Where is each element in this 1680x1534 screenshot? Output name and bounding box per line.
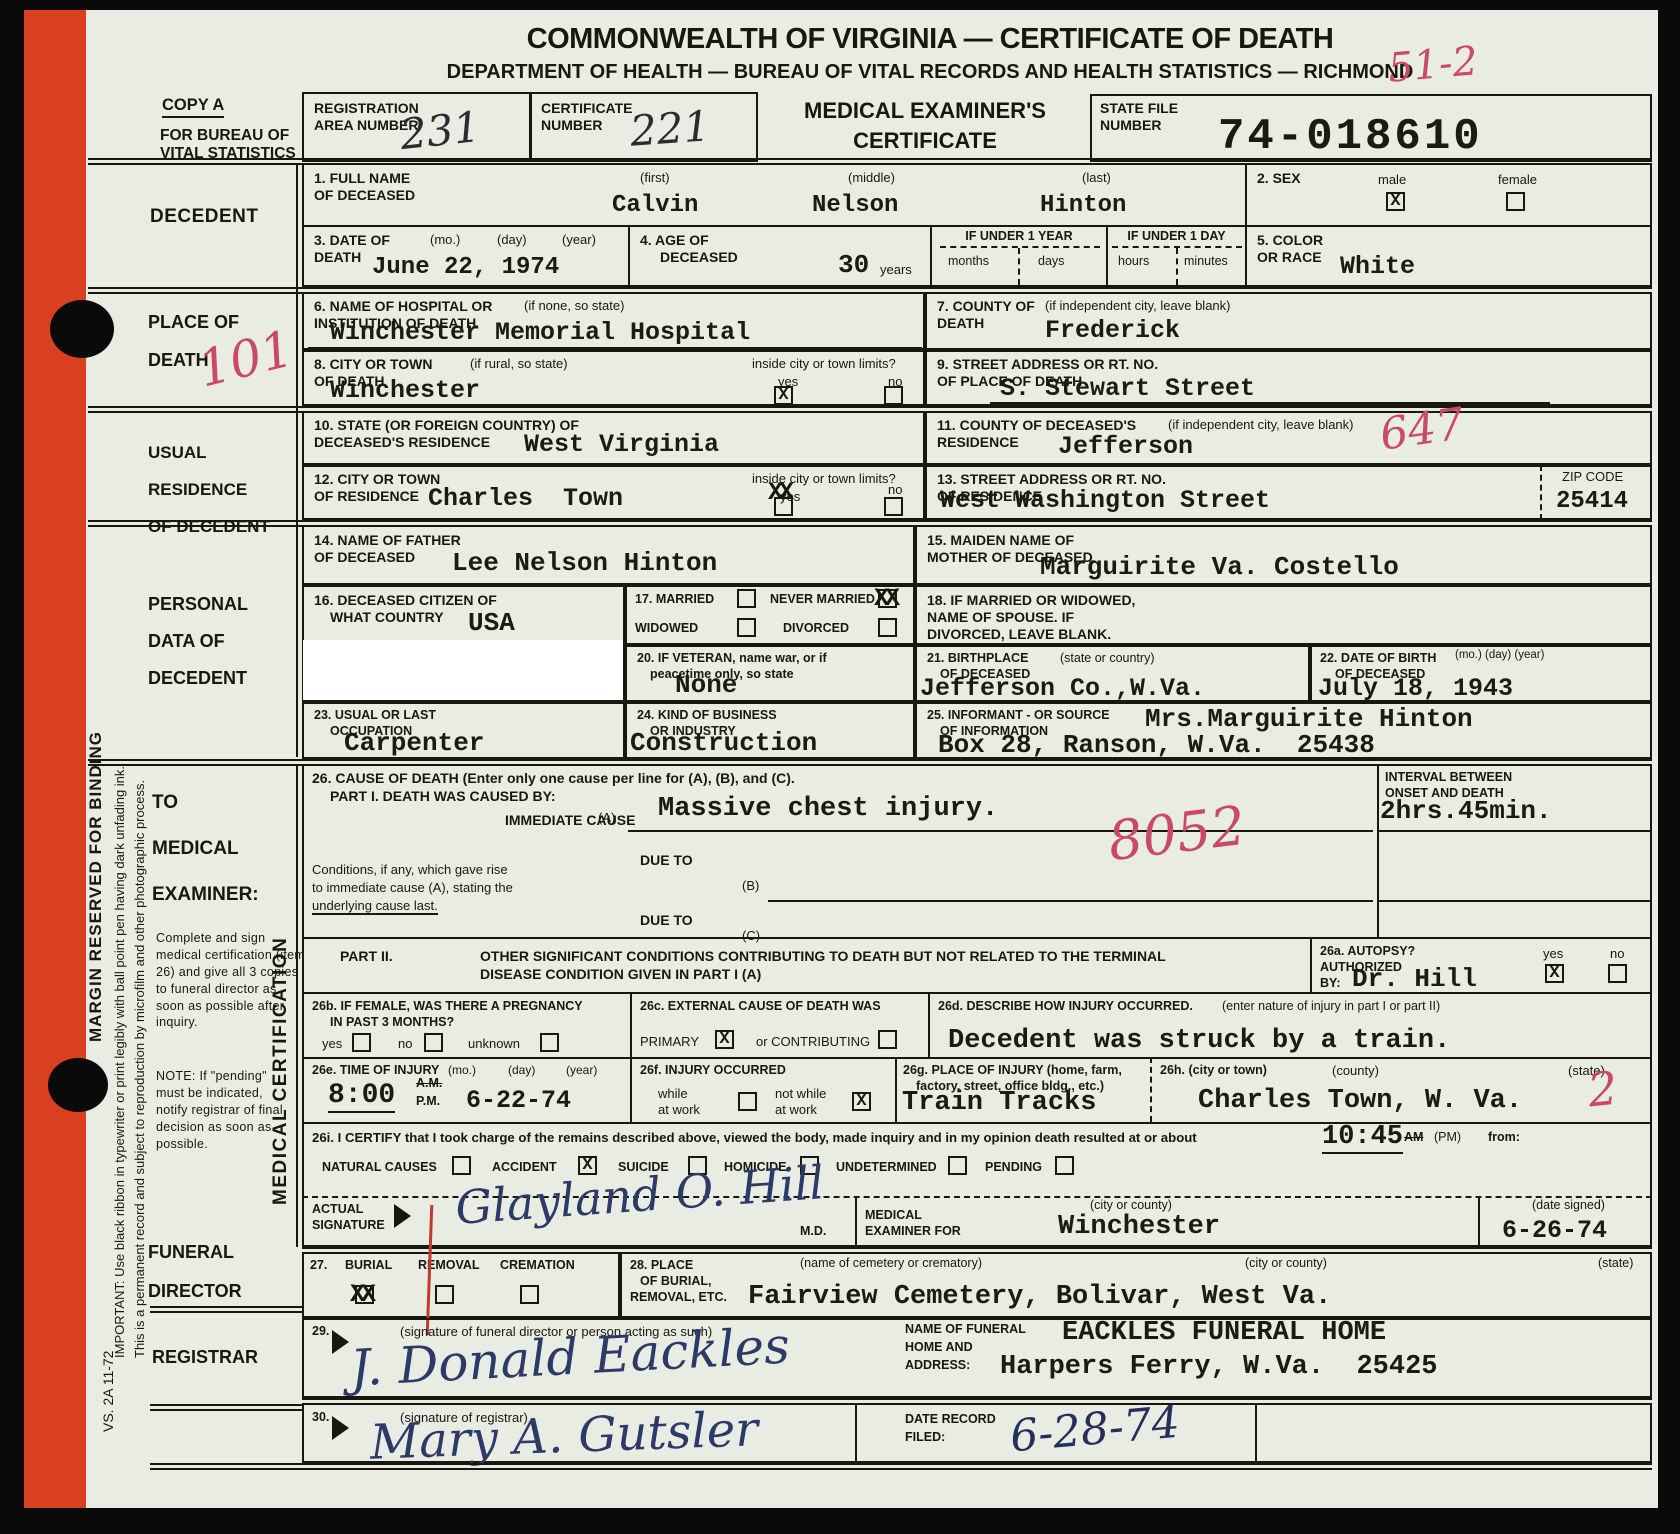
field-28-label-2: OF BURIAL,	[640, 1274, 712, 1289]
section-to-me-1: TO	[152, 792, 178, 815]
checkbox-residence-limits-no[interactable]	[884, 497, 903, 516]
while-caption-2: at work	[658, 1102, 700, 1117]
certify-am-struck: AM	[1404, 1130, 1423, 1145]
field-18-label-1: 18. IF MARRIED OR WIDOWED,	[927, 592, 1135, 609]
checkbox-natural-causes[interactable]	[452, 1156, 471, 1175]
field-15-label-1: 15. MAIDEN NAME OF	[927, 532, 1074, 549]
value-hospital: Winchester Memorial Hospital	[330, 318, 750, 347]
autopsy-no-caption: no	[1610, 946, 1624, 961]
street-underline	[990, 402, 1550, 404]
checkbox-city-limits-yes-mark: X	[778, 386, 788, 405]
state-file-label-2: NUMBER	[1100, 117, 1161, 134]
value-interval: 2hrs.45min.	[1380, 796, 1552, 826]
field-7-caption: (if independent city, leave blank)	[1045, 298, 1230, 313]
value-residence-county: Jefferson	[1058, 432, 1193, 461]
field-2-label: 2. SEX	[1257, 170, 1301, 187]
field-26-label-2: PART I. DEATH WAS CAUSED BY:	[330, 788, 556, 805]
margin-important-note-1: IMPORTANT: Use black ribbon in typewrite…	[112, 766, 127, 1358]
section-residence-2: RESIDENCE	[148, 480, 247, 500]
value-informant-address: Box 28, Ranson, W.Va. 25438	[938, 730, 1375, 760]
value-first-name: Calvin	[612, 192, 698, 219]
part2-label-2: OTHER SIGNIFICANT CONDITIONS CONTRIBUTIN…	[480, 948, 1166, 965]
field-5-label-2: OR RACE	[1257, 249, 1322, 266]
part2-divider	[302, 937, 1652, 939]
checkbox-primary[interactable]: X	[715, 1030, 734, 1049]
caption-male: male	[1378, 172, 1406, 187]
field-2-sex-box	[1245, 163, 1652, 227]
value-place-of-burial: Fairview Cemetery, Bolivar, West Va.	[748, 1282, 1331, 1312]
field-8-caption: (if rural, so state)	[470, 356, 568, 371]
section-residence-1: USUAL	[148, 443, 207, 463]
checkbox-cremation[interactable]	[520, 1285, 539, 1304]
value-time-of-death: 10:45	[1322, 1122, 1403, 1154]
me-for-city-caption: (city or county)	[1090, 1198, 1172, 1212]
red-binding-stripe	[24, 10, 86, 1508]
section-medical-certification: MEDICAL CERTIFICATION	[270, 937, 292, 1205]
divider-30-date	[855, 1403, 857, 1463]
value-father-name: Lee Nelson Hinton	[452, 548, 717, 578]
checkbox-widowed[interactable]	[737, 618, 756, 637]
state-file-value: 74-018610	[1218, 112, 1483, 162]
me-certificate-label-1: MEDICAL EXAMINER'S	[760, 98, 1090, 124]
date-record-label-2: FILED:	[905, 1430, 945, 1445]
burial-mark: XX	[350, 1280, 372, 1309]
pending-label: PENDING	[985, 1160, 1042, 1175]
checkbox-pregnancy-no[interactable]	[424, 1033, 443, 1052]
checkbox-sex-male[interactable]: X	[1386, 192, 1405, 211]
field-26-label-1: 26. CAUSE OF DEATH (Enter only one cause…	[312, 770, 795, 787]
row-26e-divider	[302, 1057, 1652, 1059]
form-left-double-rule-lower	[296, 764, 298, 1247]
actual-signature-label-2: SIGNATURE	[312, 1218, 385, 1233]
zip-divider	[1540, 465, 1542, 520]
row-26i-divider	[302, 1122, 1652, 1124]
checkbox-while-at-work[interactable]	[738, 1092, 757, 1111]
undetermined-label: UNDETERMINED	[836, 1160, 937, 1175]
field-6-caption: (if none, so state)	[524, 298, 624, 313]
field-1-label-2: OF DECEASED	[314, 187, 415, 204]
value-injury-city: Charles Town, W. Va.	[1198, 1086, 1522, 1116]
under-1-day-header: IF UNDER 1 DAY	[1108, 229, 1245, 244]
field-1-label-1: 1. FULL NAME	[314, 170, 410, 187]
divider-26f-26g	[895, 1057, 897, 1122]
section-funeral-2: DIRECTOR	[148, 1281, 242, 1303]
conditions-note-1: Conditions, if any, which gave rise	[312, 862, 508, 877]
actual-signature-label-1: ACTUAL	[312, 1202, 363, 1217]
field-14-label-1: 14. NAME OF FATHER	[314, 532, 461, 549]
interval-line-1	[1377, 830, 1652, 832]
value-middle-name: Nelson	[812, 192, 898, 219]
checkbox-contributing[interactable]	[878, 1030, 897, 1049]
checkbox-not-while-mark: X	[856, 1092, 866, 1111]
section-to-me-2: MEDICAL	[152, 838, 239, 861]
certify-pm-caption: (PM)	[1434, 1130, 1461, 1144]
field-26d-label: 26d. DESCRIBE HOW INJURY OCCURRED.	[938, 999, 1193, 1014]
field-21-label-1: 21. BIRTHPLACE	[927, 651, 1028, 666]
field-24-label-1: 24. KIND OF BUSINESS	[637, 708, 777, 723]
value-citizen: USA	[468, 608, 515, 638]
bureau-label-1: FOR BUREAU OF	[160, 127, 289, 146]
caption-26e-mo: (mo.)	[448, 1063, 476, 1077]
value-funeral-home-address: Harpers Ferry, W.Va. 25425	[1000, 1352, 1437, 1382]
certificate-subtitle: DEPARTMENT OF HEALTH — BUREAU OF VITAL R…	[360, 60, 1500, 84]
field-25-label-1: 25. INFORMANT - OR SOURCE	[927, 708, 1110, 723]
checkbox-not-while-at-work[interactable]: X	[852, 1092, 871, 1111]
interval-label-1: INTERVAL BETWEEN	[1385, 770, 1512, 785]
value-zip: 25414	[1556, 488, 1628, 515]
value-business: Construction	[630, 728, 817, 758]
field-28-label-3: REMOVAL, ETC.	[630, 1290, 727, 1305]
field-28-label-1: 28. PLACE	[630, 1258, 693, 1273]
am-struck-label: A.M.	[416, 1076, 442, 1091]
caption-mo: (mo.)	[430, 232, 460, 247]
checkbox-autopsy-yes-mark: X	[1549, 964, 1559, 983]
funeral-director-arrow-icon	[332, 1330, 349, 1354]
field-26h-label: 26h. (city or town)	[1160, 1063, 1267, 1078]
part2-label-3: DISEASE CONDITION GIVEN IN PART I (A)	[480, 966, 761, 983]
pregnancy-unknown-caption: unknown	[468, 1036, 520, 1051]
not-while-caption-1: not while	[775, 1086, 826, 1101]
cause-b-line	[768, 900, 1373, 902]
field-4-label-2: DECEASED	[660, 249, 738, 266]
value-how-injury-occurred: Decedent was struck by a train.	[948, 1026, 1450, 1056]
field-18-label-2: NAME OF SPOUSE. IF	[927, 609, 1074, 626]
value-funeral-home: EACKLES FUNERAL HOME	[1062, 1318, 1386, 1348]
hole-punch-top	[50, 300, 114, 358]
registration-value: 231	[398, 102, 483, 159]
caption-years: years	[880, 262, 912, 277]
value-date-of-birth: July 18, 1943	[1318, 674, 1513, 703]
section-personal-2: DATA OF	[148, 631, 225, 653]
checkbox-autopsy-no[interactable]	[1608, 964, 1627, 983]
date-record-label-1: DATE RECORD	[905, 1412, 996, 1427]
row-26b-divider	[302, 992, 1652, 994]
state-file-label-1: STATE FILE	[1100, 100, 1178, 117]
margin-binding-label: MARGIN RESERVED FOR BINDING	[86, 731, 106, 1042]
due-to-label-1: DUE TO	[640, 852, 693, 869]
value-veteran: None	[675, 670, 737, 700]
section-to-me-3: EXAMINER:	[152, 884, 259, 907]
field-3-label-2: DEATH	[314, 249, 361, 266]
immediate-cause-label: IMMEDIATE CAUSE	[505, 812, 635, 829]
hole-punch-bottom	[48, 1058, 108, 1112]
interval-line-2	[1377, 900, 1652, 902]
field-7-label-1: 7. COUNTY OF	[937, 298, 1035, 315]
never-married-mark: XX	[874, 584, 896, 613]
margin-important-note-2: This is a permanent record and subject t…	[132, 780, 147, 1358]
registrar-arrow-icon	[332, 1416, 349, 1440]
caption-year: (year)	[562, 232, 596, 247]
checkbox-residence-limits-yes[interactable]	[774, 497, 793, 516]
field-10-label-2: DECEASED'S RESIDENCE	[314, 434, 490, 451]
redaction-box	[303, 640, 623, 700]
field-26g-label-1: 26g. PLACE OF INJURY (home, farm,	[903, 1063, 1122, 1078]
field-22-label-1: 22. DATE OF BIRTH	[1320, 651, 1436, 666]
caption-months: months	[948, 254, 989, 268]
interval-column-divider	[1377, 764, 1379, 937]
field-12-label-1: 12. CITY OR TOWN	[314, 471, 440, 488]
handwritten-code: 51-2	[1386, 38, 1480, 92]
me-certificate-label-2: CERTIFICATE	[760, 128, 1090, 154]
burial-label: BURIAL	[345, 1258, 392, 1273]
value-immediate-cause: Massive chest injury.	[658, 794, 998, 824]
divider-26g-26h	[1150, 1057, 1152, 1122]
form-left-double-rule-upper	[296, 165, 298, 757]
checkbox-divorced[interactable]	[878, 618, 897, 637]
pregnancy-no-caption: no	[398, 1036, 412, 1051]
rule-bottom	[150, 1463, 1652, 1470]
copy-a-label: COPY A	[162, 96, 224, 118]
value-color-race: White	[1340, 252, 1415, 281]
section-funeral-1: FUNERAL	[148, 1242, 234, 1264]
section-place-of-death-1: PLACE OF	[148, 312, 239, 334]
under-1-day-divider	[1176, 248, 1178, 285]
caption-26e-year: (year)	[566, 1063, 597, 1077]
caption-minutes: minutes	[1184, 254, 1228, 268]
checkbox-city-limits-yes[interactable]: X	[774, 386, 793, 405]
field-21-caption: (state or country)	[1060, 651, 1154, 665]
field-16-label-1: 16. DECEASED CITIZEN OF	[314, 592, 497, 609]
field-8-limits-caption: inside city or town limits?	[752, 356, 896, 371]
value-time-of-injury: 8:00	[328, 1080, 395, 1113]
value-date-signed: 6-26-74	[1502, 1216, 1607, 1245]
value-me-for-city: Winchester	[1058, 1212, 1220, 1242]
contributing-caption: or CONTRIBUTING	[756, 1034, 870, 1049]
while-caption-1: while	[658, 1086, 688, 1101]
value-date-of-death: June 22, 1974	[372, 254, 559, 281]
value-residence-street: West Washington Street	[940, 486, 1270, 515]
checkbox-sex-male-mark: X	[1390, 192, 1400, 211]
field-26a-label-3: BY:	[1320, 976, 1341, 991]
pregnancy-yes-caption: yes	[322, 1036, 342, 1051]
me-for-label-2: EXAMINER FOR	[865, 1224, 961, 1239]
field-4-label-1: 4. AGE OF	[640, 232, 709, 249]
not-while-caption-2: at work	[775, 1102, 817, 1117]
under-1-year-header: IF UNDER 1 YEAR	[932, 229, 1106, 244]
field-29-number: 29.	[312, 1324, 329, 1339]
field-26b-label-1: 26b. IF FEMALE, WAS THERE A PREGNANCY	[312, 999, 583, 1014]
field-12-label-2: OF RESIDENCE	[314, 488, 419, 505]
caption-hours: hours	[1118, 254, 1149, 268]
checkbox-married[interactable]	[737, 589, 756, 608]
certificate-label-1: CERTIFICATE	[541, 100, 633, 117]
checkbox-pregnancy-unknown[interactable]	[540, 1033, 559, 1052]
field-22-caption: (mo.) (day) (year)	[1455, 649, 1544, 661]
field-12-no-caption: no	[888, 482, 902, 497]
value-occupation: Carpenter	[344, 728, 484, 758]
field-7-label-2: DEATH	[937, 315, 984, 332]
certificate-title: COMMONWEALTH OF VIRGINIA — CERTIFICATE O…	[360, 22, 1500, 57]
field-20-label-1: 20. IF VETERAN, name war, or if	[637, 651, 827, 666]
funeral-home-label-2: HOME AND	[905, 1340, 973, 1355]
field-26a-label-1: 26a. AUTOPSY?	[1320, 944, 1415, 959]
bureau-label-2: VITAL STATISTICS	[160, 145, 296, 164]
under-1-year-divider	[1018, 248, 1020, 285]
value-street-of-death: S. Stewart Street	[1000, 374, 1255, 403]
due-to-label-2: DUE TO	[640, 912, 693, 929]
caption-female: female	[1498, 172, 1537, 187]
checkbox-autopsy-yes[interactable]: X	[1545, 964, 1564, 983]
autopsy-yes-caption: yes	[1543, 946, 1563, 961]
divider-me-date	[1478, 1196, 1480, 1247]
field-26d-caption: (enter nature of injury in part I or par…	[1222, 999, 1440, 1013]
value-birthplace: Jefferson Co.,W.Va.	[920, 674, 1205, 703]
divider-26c-26d	[928, 992, 930, 1057]
section-decedent: DECEDENT	[150, 206, 259, 229]
field-26f-label: 26f. INJURY OCCURRED	[640, 1063, 786, 1078]
value-date-of-injury: 6-22-74	[466, 1086, 571, 1115]
autopsy-divider	[1310, 937, 1312, 992]
checkbox-undetermined[interactable]	[948, 1156, 967, 1175]
field-14-label-2: OF DECEASED	[314, 549, 415, 566]
field-11-label-2: RESIDENCE	[937, 434, 1019, 451]
divider-30-right	[1255, 1403, 1257, 1463]
field-9-label-1: 9. STREET ADDRESS OR RT. NO.	[937, 356, 1158, 373]
cremation-label: CREMATION	[500, 1258, 575, 1273]
checkbox-city-limits-no[interactable]	[884, 386, 903, 405]
md-label: M.D.	[800, 1224, 826, 1239]
cemetery-caption: (name of cemetery or crematory)	[800, 1256, 982, 1270]
certify-from-label: from:	[1488, 1130, 1520, 1145]
section-registrar: REGISTRAR	[152, 1347, 258, 1369]
signature-arrow-icon	[394, 1204, 411, 1228]
field-11-caption: (if independent city, leave blank)	[1168, 417, 1353, 432]
value-county-of-death: Frederick	[1045, 316, 1180, 345]
field-16-label-2: WHAT COUNTRY	[330, 609, 444, 626]
caption-b: (B)	[742, 878, 759, 893]
cause-a-line	[628, 830, 1373, 832]
divider-26b-26c	[630, 992, 632, 1057]
funeral-home-label-3: ADDRESS:	[905, 1358, 970, 1373]
rule-funeral-left	[150, 1306, 302, 1313]
value-city-of-death: Winchester	[330, 376, 480, 405]
field-17-married-label: 17. MARRIED	[635, 592, 714, 607]
caption-26e-day: (day)	[508, 1063, 535, 1077]
value-residence-state: West Virginia	[524, 430, 719, 459]
accident-label: ACCIDENT	[492, 1160, 557, 1175]
field-23-label-1: 23. USUAL OR LAST	[314, 708, 436, 723]
caption-last: (last)	[1082, 170, 1111, 185]
value-last-name: Hinton	[1040, 192, 1126, 219]
field-17-divorced-label: DIVORCED	[783, 621, 849, 636]
checkbox-primary-mark: X	[719, 1030, 729, 1049]
value-age: 30	[838, 250, 869, 280]
caption-26h-county: (county)	[1332, 1063, 1379, 1078]
form-number: VS. 2A 11-72	[100, 1351, 116, 1432]
zip-label: ZIP CODE	[1562, 469, 1623, 484]
section-personal-3: DECEDENT	[148, 668, 247, 690]
caption-first: (first)	[640, 170, 670, 185]
field-26c-label: 26c. EXTERNAL CAUSE OF DEATH WAS	[640, 999, 881, 1014]
caption-days: days	[1038, 254, 1064, 268]
scanned-death-certificate: MARGIN RESERVED FOR BINDING IMPORTANT: U…	[0, 0, 1680, 1534]
natural-causes-label: NATURAL CAUSES	[322, 1160, 437, 1175]
value-autopsy-authorized-by: Dr. Hill	[1352, 964, 1477, 994]
caption-a: (A)	[598, 810, 615, 825]
field-6-label-1: 6. NAME OF HOSPITAL OR	[314, 298, 492, 315]
funeral-home-label-1: NAME OF FUNERAL	[905, 1322, 1026, 1337]
checkbox-pending[interactable]	[1055, 1156, 1074, 1175]
conditions-note-3: underlying cause last.	[312, 898, 438, 915]
field-26i-label: 26i. I CERTIFY that I took charge of the…	[312, 1130, 1197, 1146]
primary-caption: PRIMARY	[640, 1034, 699, 1049]
value-place-of-injury: Train Tracks	[902, 1088, 1096, 1118]
field-17-widowed-label: WIDOWED	[635, 621, 698, 636]
field-8-label-1: 8. CITY OR TOWN	[314, 356, 433, 373]
conditions-note-2: to immediate cause (A), stating the	[312, 880, 513, 895]
caption-c: (C)	[742, 928, 760, 943]
field-3-label-1: 3. DATE OF	[314, 232, 390, 249]
value-residence-city: Charles Town	[428, 484, 623, 513]
divider-26e-26f	[630, 1057, 632, 1122]
field-5-label-1: 5. COLOR	[1257, 232, 1323, 249]
caption-middle: (middle)	[848, 170, 895, 185]
field-17-never-label: NEVER MARRIED	[770, 592, 875, 607]
field-27-number: 27.	[310, 1258, 327, 1273]
section-personal-1: PERSONAL	[148, 594, 248, 616]
certificate-value: 221	[628, 101, 711, 155]
value-mother-name: Marguirite Va. Costello	[1040, 552, 1399, 582]
checkbox-sex-female[interactable]	[1506, 192, 1525, 211]
caption-day: (day)	[497, 232, 527, 247]
part2-label-1: PART II.	[340, 948, 393, 965]
me-for-label-1: MEDICAL	[865, 1208, 922, 1223]
field-18-label-3: DIVORCED, LEAVE BLANK.	[927, 626, 1111, 643]
under-1-year-dashed-line	[940, 246, 1100, 248]
checkbox-removal[interactable]	[435, 1285, 454, 1304]
pm-label: P.M.	[416, 1094, 440, 1109]
rule-registrar-left	[150, 1404, 302, 1411]
field-26b-label-2: IN PAST 3 MONTHS?	[330, 1015, 454, 1030]
checkbox-pregnancy-yes[interactable]	[352, 1033, 371, 1052]
certificate-label-2: NUMBER	[541, 117, 602, 134]
field-30-number: 30.	[312, 1410, 329, 1425]
burial-state-caption: (state)	[1598, 1256, 1633, 1270]
divider-signature-me	[855, 1196, 857, 1247]
injury-state-code-handwritten: 2	[1585, 1061, 1620, 1118]
burial-city-caption: (city or county)	[1245, 1256, 1327, 1270]
date-signed-caption: (date signed)	[1532, 1198, 1605, 1212]
